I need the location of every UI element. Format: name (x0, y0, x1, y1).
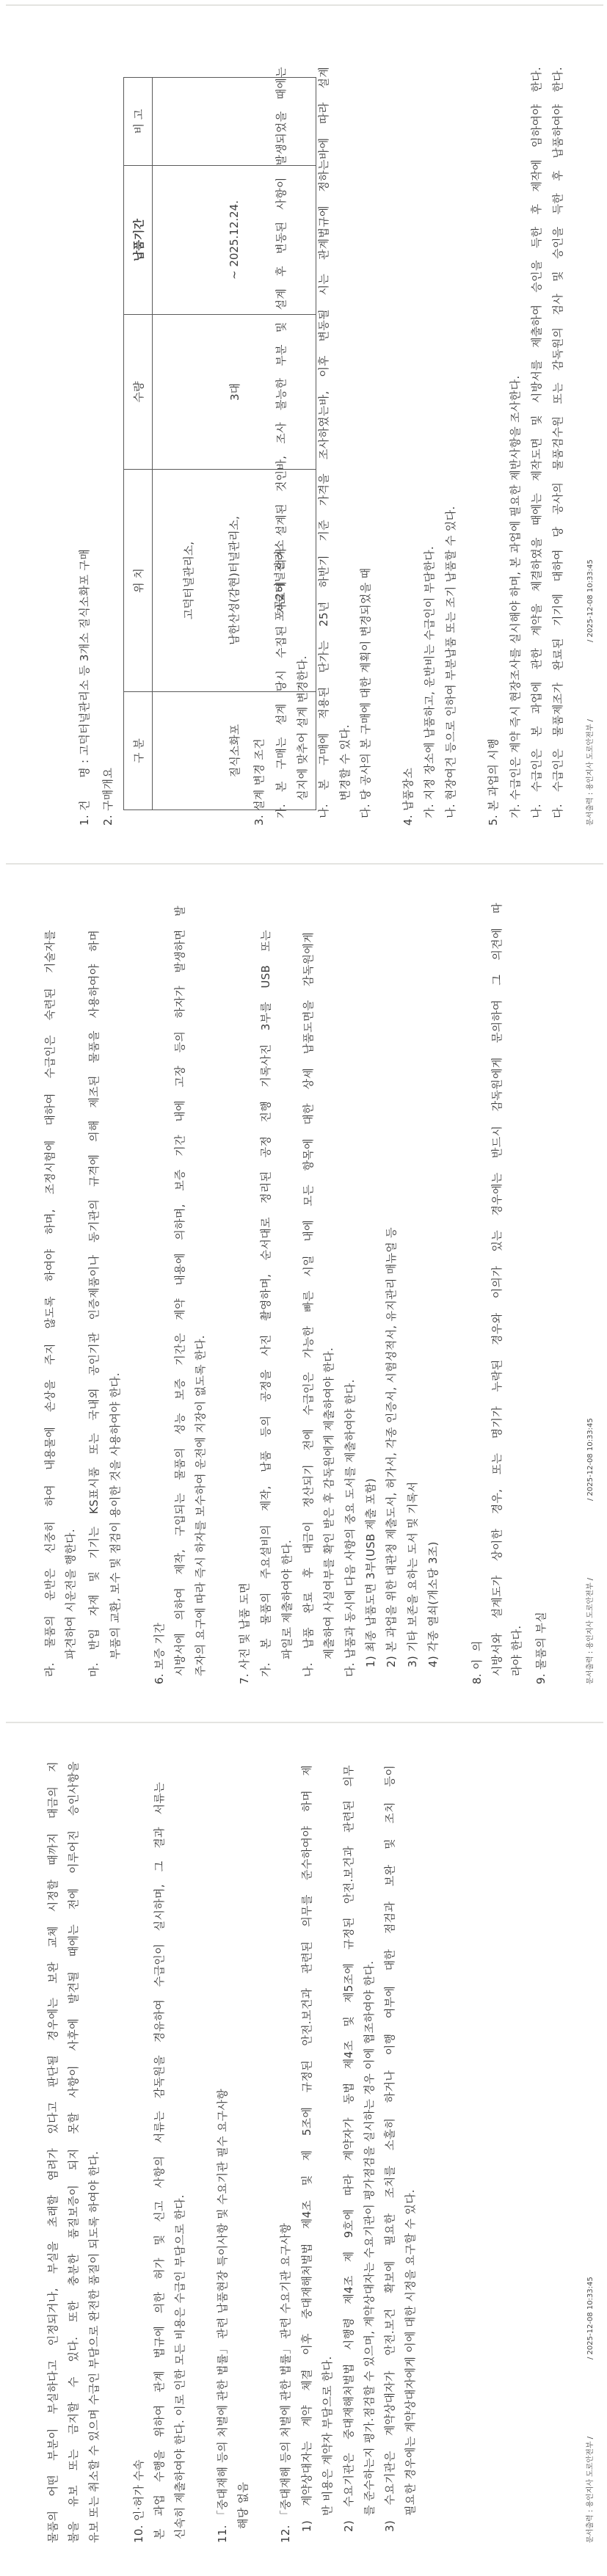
location-line: 고덕터널관리소, (179, 470, 198, 691)
clause-line: 가. 수급인은 계약 즉시 현장조사를 실시해야 하며, 본 과업에 필요한 제… (508, 376, 523, 818)
page-2: 라. 물품의 운반은 신중히 하여 내용물에 손상을 주지 않도록 하여야 하며… (0, 859, 607, 1717)
section-heading: 2. 구매개요 (101, 768, 115, 826)
clause-line: 나. 본 구매에 적용된 단가는 25년 하반기 기준 가격을 조사하였는바, … (316, 67, 331, 818)
sub-clause-line: 2) 수요기관은 중대재해처벌법 시행령 제4조 제 9호에 따라 계약자가 동… (341, 1765, 356, 2532)
print-footer-timestamp: / 2025-12-08 10:33:45 (586, 1418, 595, 1501)
clause-line: 마. 반입 자재 및 기기는 KS표시품 또는 국내외 공인기관 인증제품이나 … (87, 930, 101, 1677)
clause-continuation: 파견하여 시운전을 행한다. (63, 1529, 78, 1659)
section-heading: 8. 이 의 (470, 1640, 484, 1684)
sub-clause-line: 1) 최종 납품도면 3부(USB 제출 포함) (363, 1478, 378, 1667)
page-1: 1. 건 명 : 고덕터널관리소 등 3개소 질식소화포 구매 2. 구매개요 … (0, 0, 607, 859)
section-heading: 6. 보증 기간 (152, 1623, 167, 1684)
print-footer-label: 문서출력 : 용인지사 도로안전부 / (586, 1578, 595, 1684)
clause-continuation: 라야 한다. (509, 1626, 524, 1676)
print-footer-label: 문서출력 : 용인지사 도로안전부 / (586, 2437, 595, 2543)
clause-line: 나. 납품 완료 후 대금이 정산되기 전에 수급인은 가능한 빠른 시일 내에… (301, 932, 316, 1677)
section-heading: 12. 「중대재해 등의 처벌에 관한 법률」 관련 수요기관 요구사항 (278, 2223, 293, 2543)
page-content-rotated: 라. 물품의 운반은 신중히 하여 내용물에 손상을 주지 않도록 하여야 하며… (0, 859, 607, 1717)
clause-continuation: 반 비용은 계약자 부담으로 한다. (320, 2356, 335, 2516)
clause-line: 라. 물품의 운반은 신중히 하여 내용물에 손상을 주지 않도록 하여야 하며… (43, 930, 57, 1677)
sub-clause-line: 1) 계약상대자는 계약 체결 이후 중대재해처벌법 제4조 및 제 5조에 규… (299, 1765, 314, 2532)
clause-line: 나. 수급인은 본 과업에 관한 계약을 체결하였을 때에는 제작도면 및 시방… (529, 67, 544, 818)
header-location: 위 치 (124, 470, 153, 692)
clause-continuation: 필요한 경우에는 계약상대자에게 이에 대한 시정을 요구할 수 있다. (403, 2189, 418, 2516)
sub-clause-line: 3) 수요기관은 계약상대자가 안전.보건 확보에 필요한 조치를 소홀히 하거… (382, 1765, 397, 2532)
section-heading: 10. 인·허가 수속 (131, 2459, 146, 2543)
sub-clause-line: 4) 각종 열쇠(개소당 3조) (426, 1541, 440, 1667)
header-delivery-period: 납품기간 (124, 166, 153, 315)
clause-line: 다. 납품과 동시에 다음 사항의 중요 도서를 제출하여야 한다. (343, 1379, 357, 1677)
section-heading: 7. 사진 및 납품 도면 (237, 1582, 252, 1684)
section-heading: 4. 납품장소 (401, 768, 415, 826)
table-header-row: 구 분 위 치 수량 납품기간 비 고 (124, 78, 153, 810)
clause-line: 다. 당 공사의 본 구매에 대한 계획이 변경되었을 때 (358, 568, 373, 818)
page-3: 물품의 어떤 부분이 부실하다고 인정되거나, 부실을 초래할 염려가 있다고 … (0, 1717, 607, 2576)
section-heading: 9. 물품의 부실 (534, 1612, 548, 1684)
print-footer-label: 문서출력 : 용인지사 도로안전부 / (586, 719, 595, 826)
section-heading: 5. 본 과업의 시행 (486, 738, 501, 826)
section-heading: 11. 「중대재해 등의 처벌에 관한 법률」 관련 납품현장 특이사항 및 수… (215, 2089, 230, 2543)
clause-line: 유보 또는 취소할 수 있으며 수급인 부담으로 완전한 품질이 되도록 하여야… (87, 2151, 101, 2543)
clause-line: 다. 수급인은 물품제조가 완료된 기기에 대하여 당 공사의 물품검수원 또는… (550, 67, 565, 818)
cell-delivery-period: ~ 2025.12.24. (153, 166, 316, 315)
section-heading: 3. 설계 변경 조건 (252, 738, 266, 826)
clause-continuation: 신속히 제출하여야 한다. 이로 인한 모든 비용은 수급인 부담으로 한다. (172, 2194, 187, 2539)
table-row: 질식소화포 고덕터널관리소, 남한산성(감현)터널관리소, 포곡2터널관리소 3… (153, 78, 316, 810)
cell-remarks (153, 78, 316, 166)
header-quantity: 수량 (124, 315, 153, 470)
clause-continuation: 실지에 맞추어 설계 변경한다. (295, 655, 310, 801)
sub-clause-line: 2) 본 과업을 위한 대관청 제출도서, 허가서, 각종 인증서, 시험성적서… (384, 1227, 399, 1667)
clause-line: 물품의 어떤 부분이 부실하다고 인정되거나, 부실을 초래할 염려가 있다고 … (46, 1761, 60, 2543)
clause-line: 해당 없음 (236, 2482, 250, 2529)
clause-continuation: 파일로 제출하여야 한다. (280, 1540, 294, 1659)
clause-line: 가. 지정 장소에 납품하고, 운반비는 수급인이 부담한다. (422, 546, 437, 818)
print-footer-timestamp: / 2025-12-08 10:33:45 (586, 559, 595, 642)
sub-clause-line: 3) 기타 보존을 요하는 도서 및 기록서 (405, 1482, 420, 1667)
location-line: 남한산성(감현)터널관리소, (225, 470, 244, 691)
clause-continuation: 부품의 교환, 보수 및 점검이 용이한 것을 사용하여야 한다. (108, 1372, 123, 1659)
header-remarks: 비 고 (124, 78, 153, 166)
clause-line: 시방서에 의하여 제작, 구입되는 물품의 성능 보증 기간은 계약 내용에 의… (172, 906, 187, 1676)
cell-quantity: 3대 (153, 315, 316, 470)
print-footer-timestamp: / 2025-12-08 10:33:45 (586, 2277, 595, 2359)
clause-line: 가. 본 구매는 설계 당시 수집된 자료에 의거 설계된 것인바, 조사 불능… (274, 67, 288, 818)
item-title: 1. 건 명 : 고덕터널관리소 등 3개소 질식소화포 구매 (77, 549, 92, 826)
page-content-rotated: 물품의 어떤 부분이 부실하다고 인정되거나, 부실을 초래할 염려가 있다고 … (0, 1717, 607, 2576)
clause-continuation: 제출하여 사실여부를 확인 받은 후 감독원에게 제출하여야 한다. (321, 1347, 336, 1659)
page-content-rotated: 1. 건 명 : 고덕터널관리소 등 3개소 질식소화포 구매 2. 구매개요 … (0, 0, 607, 859)
clause-continuation: 를 준수하는지 평가.점검할 수 있으며, 계약상대자는 수요기관이 평가점검을… (362, 1961, 377, 2516)
clause-line: 나. 현장여건 등으로 인하여 부분납품 또는 조기 납품할 수 있다. (443, 506, 458, 818)
clause-line: 불을 유보 또는 금지할 수 있다. 또한 충분한 품질보증이 되지 못할 사항… (66, 1761, 81, 2543)
header-category: 구 분 (124, 692, 153, 810)
clause-line: 가. 본 물품의 주요설비의 제작, 납품 등의 공정을 사진 촬영하며, 순서… (258, 930, 273, 1677)
cell-category: 질식소화포 (153, 692, 316, 810)
clause-continuation: 변경할 수 있다. (338, 724, 352, 801)
cell-location: 고덕터널관리소, 남한산성(감현)터널관리소, 포곡2터널관리소 (153, 470, 316, 692)
clause-line: 시방서와 설계도가 상이한 경우, 또는 명기가 누락된 경우와 이의가 있는 … (490, 903, 504, 1676)
clause-line: 본 과업 수행을 위하여 관계 법규에 의한 허가 및 신고 사항의 서류는 감… (152, 1782, 167, 2539)
clause-continuation: 주자의 요구에 따라 즉시 하자를 보수하여 운전에 지장이 없도록 한다. (193, 1335, 208, 1676)
